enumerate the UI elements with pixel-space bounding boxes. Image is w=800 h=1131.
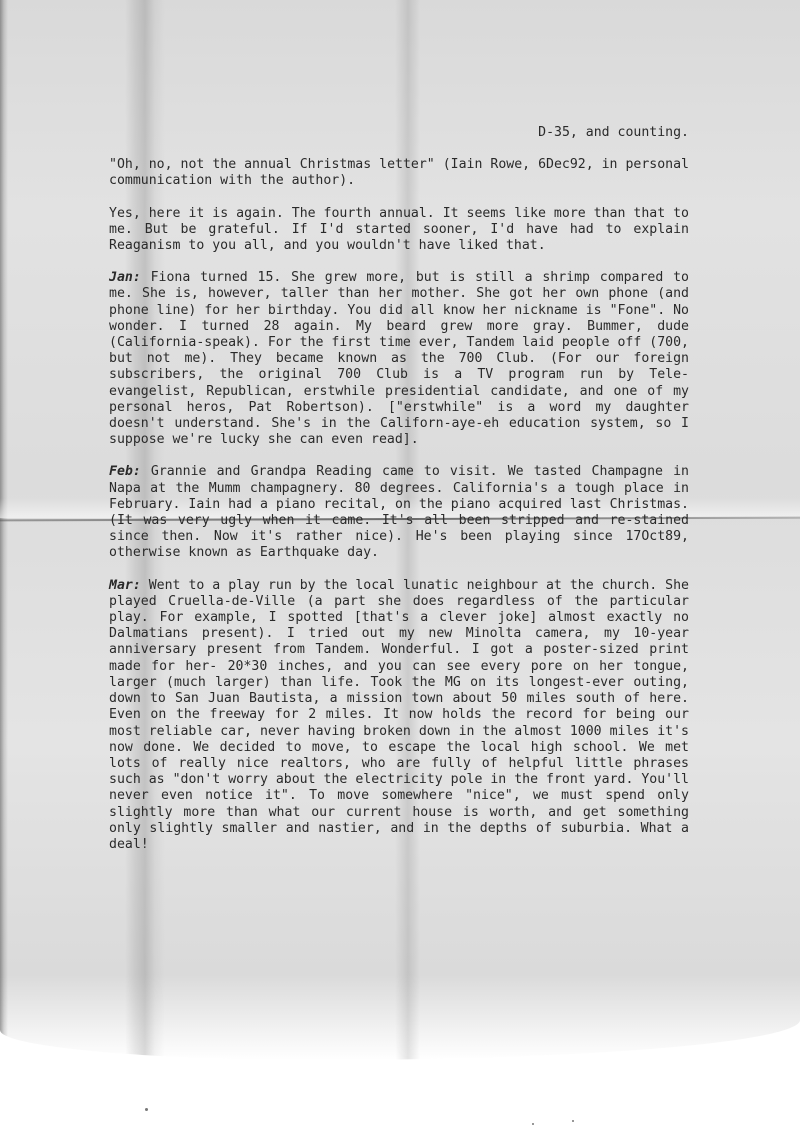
section-february: Feb: Grannie and Grandpa Reading came to… [109,464,689,561]
month-label: Jan: [109,270,141,285]
section-text: Grannie and Grandpa Reading came to visi… [109,464,689,560]
opening-quote: "Oh, no, not the annual Christmas letter… [109,157,689,189]
letter-heading: D-35, and counting. [109,125,689,141]
paper-speck [145,1108,148,1111]
month-label: Feb: [109,464,141,479]
paper-speck [572,1120,574,1122]
section-text: Fiona turned 15. She grew more, but is s… [109,270,689,447]
intro-paragraph: Yes, here it is again. The fourth annual… [109,206,689,255]
section-text: Went to a play run by the local lunatic … [109,578,689,852]
section-january: Jan: Fiona turned 15. She grew more, but… [109,270,689,448]
month-label: Mar: [109,578,141,593]
section-march: Mar: Went to a play run by the local lun… [109,578,689,853]
letter-body: D-35, and counting. "Oh, no, not the ann… [109,125,689,869]
paper-speck [532,1123,534,1125]
